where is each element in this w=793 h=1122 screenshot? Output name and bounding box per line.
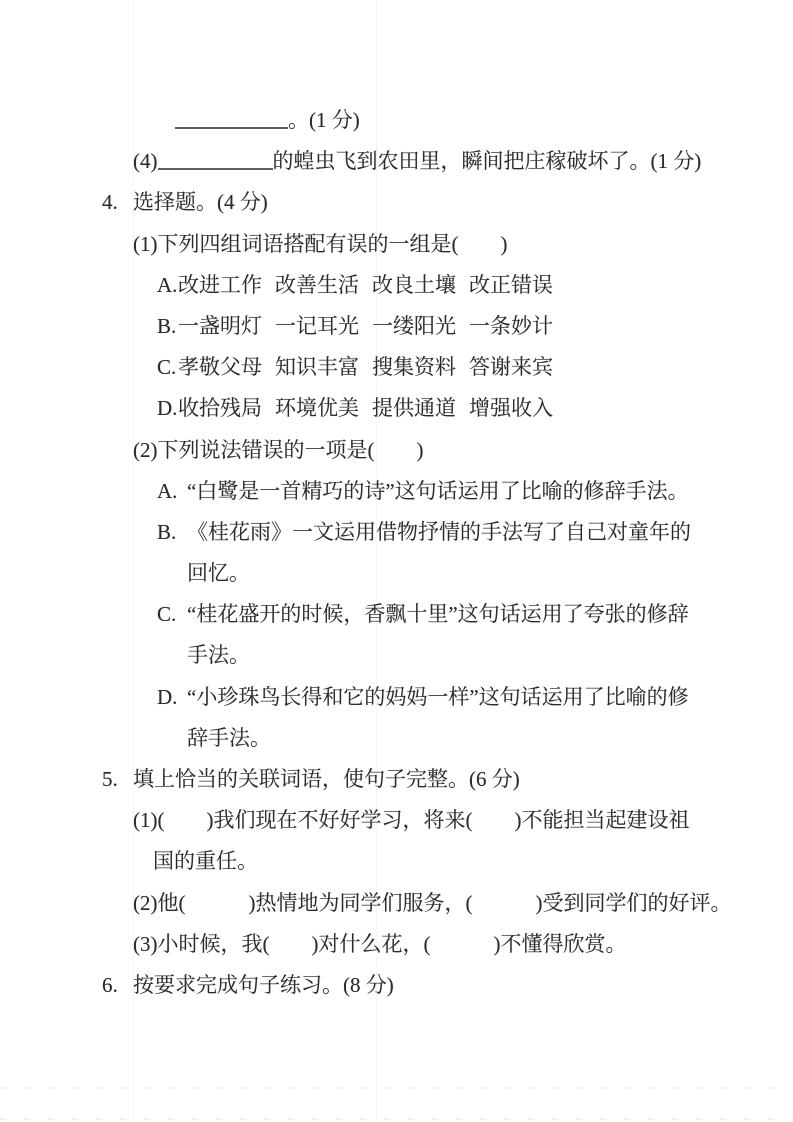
option-phrase: 改正错误 bbox=[469, 273, 553, 297]
option-label: B. bbox=[157, 306, 178, 347]
q4-sub1-option-a: A.改进工作改善生活改良土壤改正错误 bbox=[157, 265, 793, 306]
option-phrase: 孝敬父母 bbox=[178, 347, 275, 388]
item-number: (4) bbox=[133, 149, 158, 173]
option-label: B. bbox=[157, 512, 187, 553]
option-phrase: 答谢来宾 bbox=[469, 355, 553, 379]
score-label: 。(1 分) bbox=[288, 108, 360, 132]
option-phrase: 改善生活 bbox=[275, 265, 372, 306]
option-text: “小珍珠鸟长得和它的妈妈一样”这句话运用了比喻的修 bbox=[187, 685, 689, 709]
q4-sub1-option-c: C.孝敬父母知识丰富搜集资料答谢来宾 bbox=[157, 347, 793, 388]
question-6-title: 6.按要求完成句子练习。(8 分) bbox=[102, 965, 793, 1006]
fill-item-4: (4)的蝗虫飞到农田里，瞬间把庄稼破坏了。(1 分) bbox=[133, 141, 793, 182]
scan-dash-artifact bbox=[0, 1118, 793, 1120]
option-phrase: 提供通道 bbox=[372, 388, 469, 429]
option-label: C. bbox=[157, 347, 178, 388]
option-label: A. bbox=[157, 265, 178, 306]
exam-content: 。(1 分) (4)的蝗虫飞到农田里，瞬间把庄稼破坏了。(1 分) 4.选择题。… bbox=[0, 100, 793, 1006]
question-title-text: 按要求完成句子练习。(8 分) bbox=[133, 973, 394, 997]
q4-sub1-prompt: (1)下列四组词语搭配有误的一组是( ) bbox=[133, 224, 793, 265]
option-text: 《桂花雨》一文运用借物抒情的手法写了自己对童年的 bbox=[187, 520, 691, 544]
option-phrase: 一盏明灯 bbox=[178, 306, 275, 347]
q4-sub2-prompt: (2)下列说法错误的一项是( ) bbox=[133, 430, 793, 471]
exam-paper-page: 。(1 分) (4)的蝗虫飞到农田里，瞬间把庄稼破坏了。(1 分) 4.选择题。… bbox=[0, 0, 793, 1122]
q4-sub2-option-d: D.“小珍珠鸟长得和它的妈妈一样”这句话运用了比喻的修 bbox=[157, 677, 793, 718]
q4-sub2-option-b: B.《桂花雨》一文运用借物抒情的手法写了自己对童年的 bbox=[157, 512, 793, 553]
q4-sub1-option-b: B.一盏明灯一记耳光一缕阳光一条妙计 bbox=[157, 306, 793, 347]
question-number: 6. bbox=[102, 965, 133, 1006]
q4-sub2-option-b-cont: 回忆。 bbox=[187, 553, 793, 594]
q4-sub2-option-d-cont: 辞手法。 bbox=[187, 718, 793, 759]
option-phrase: 搜集资料 bbox=[372, 347, 469, 388]
question-title-text: 选择题。(4 分) bbox=[133, 190, 268, 214]
question-4-title: 4.选择题。(4 分) bbox=[102, 182, 793, 223]
question-5-title: 5.填上恰当的关联词语，使句子完整。(6 分) bbox=[102, 759, 793, 800]
fill-blank-line: 。(1 分) bbox=[175, 100, 793, 141]
q5-item-1-cont: 国的重任。 bbox=[153, 841, 793, 882]
option-text: “白鹭是一首精巧的诗”这句话运用了比喻的修辞手法。 bbox=[187, 479, 689, 503]
option-label: D. bbox=[157, 388, 178, 429]
option-phrase: 一条妙计 bbox=[469, 314, 553, 338]
scan-dash-artifact bbox=[0, 1087, 793, 1089]
option-phrase: 环境优美 bbox=[275, 388, 372, 429]
option-phrase: 知识丰富 bbox=[275, 347, 372, 388]
answer-blank bbox=[158, 154, 273, 170]
answer-blank bbox=[175, 113, 288, 129]
option-phrase: 一缕阳光 bbox=[372, 306, 469, 347]
q4-sub2-option-c: C.“桂花盛开的时候，香飘十里”这句话运用了夸张的修辞 bbox=[157, 594, 793, 635]
option-phrase: 改良土壤 bbox=[372, 265, 469, 306]
option-text: “桂花盛开的时候，香飘十里”这句话运用了夸张的修辞 bbox=[187, 602, 689, 626]
question-number: 4. bbox=[102, 182, 133, 223]
option-label: A. bbox=[157, 471, 187, 512]
q5-item-2: (2)他( )热情地为同学们服务，( )受到同学们的好评。 bbox=[133, 883, 793, 924]
question-title-text: 填上恰当的关联词语，使句子完整。(6 分) bbox=[133, 767, 520, 791]
option-label: D. bbox=[157, 677, 187, 718]
option-phrase: 增强收入 bbox=[469, 396, 553, 420]
q4-sub2-option-a: A.“白鹭是一首精巧的诗”这句话运用了比喻的修辞手法。 bbox=[157, 471, 793, 512]
question-number: 5. bbox=[102, 759, 133, 800]
option-label: C. bbox=[157, 594, 187, 635]
item-text: 的蝗虫飞到农田里，瞬间把庄稼破坏了。(1 分) bbox=[273, 149, 702, 173]
q5-item-3: (3)小时候，我( )对什么花，( )不懂得欣赏。 bbox=[133, 924, 793, 965]
option-phrase: 一记耳光 bbox=[275, 306, 372, 347]
q4-sub2-option-c-cont: 手法。 bbox=[187, 635, 793, 676]
option-phrase: 改进工作 bbox=[178, 265, 275, 306]
option-phrase: 收拾残局 bbox=[178, 388, 275, 429]
q5-item-1: (1)( )我们现在不好好学习，将来( )不能担当起建设祖 bbox=[133, 800, 793, 841]
q4-sub1-option-d: D.收拾残局环境优美提供通道增强收入 bbox=[157, 388, 793, 429]
